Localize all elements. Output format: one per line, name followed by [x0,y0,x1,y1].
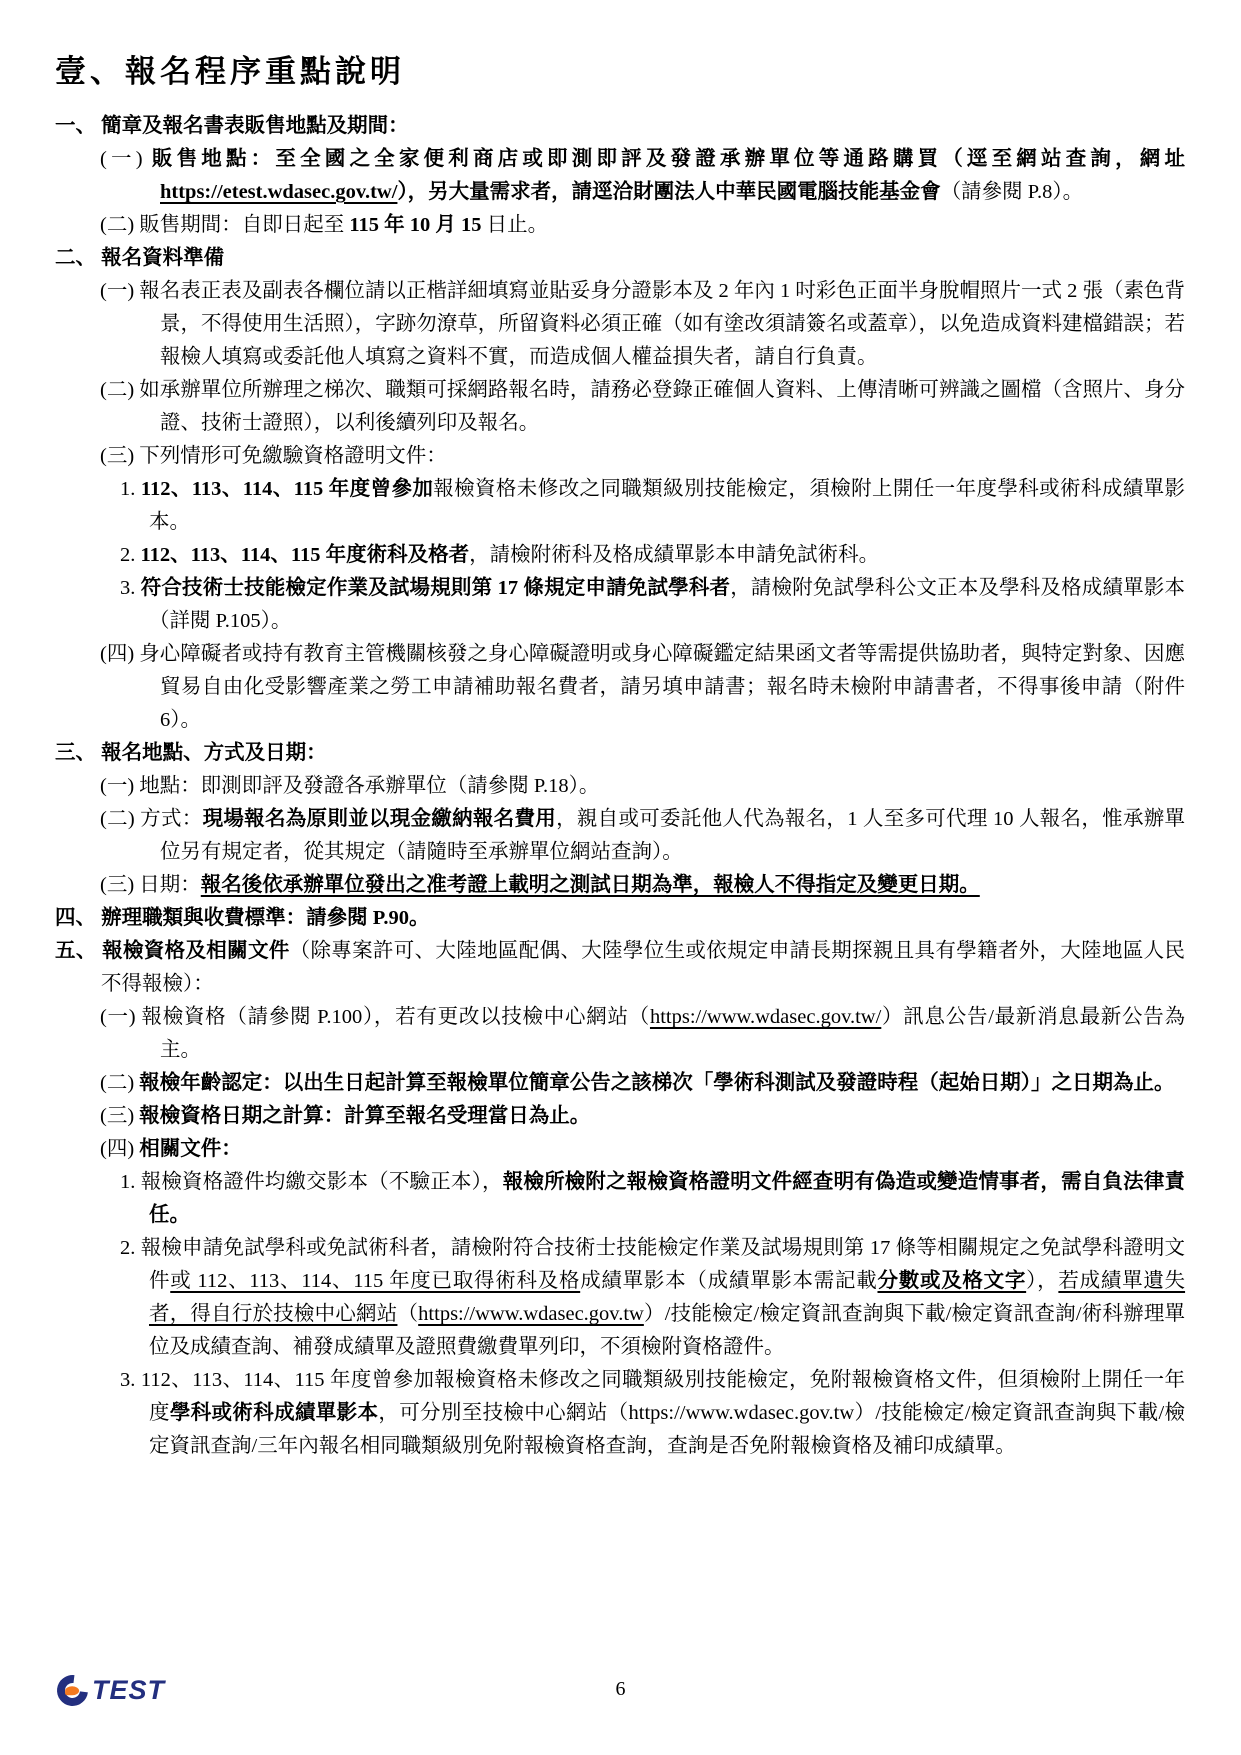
link-url[interactable]: https://www.wdasec.gov.tw [418,1303,644,1325]
text-segment: 成績單影本（成績單影本需記載 [580,1270,877,1292]
text-segment: 下列情形可免繳驗資格證明文件： [139,445,447,467]
item-label: (一) [100,280,139,302]
doc-paragraph: (二) 方式：現場報名為原則並以現金繳納報名費用，親自或可委託他人代為報名，1 … [100,803,1185,869]
item-label: 二、 [55,247,101,269]
text-segment: 如承辦單位所辦理之梯次、職類可採網路報名時，請務必登錄正確個人資料、上傳清晰可辨… [139,379,1185,434]
item-label: 一、 [55,115,101,137]
section-heading: 一、 簡章及報名書表販售地點及期間： [55,110,1185,143]
doc-paragraph: (一) 販售地點：至全國之全家便利商店或即測即評及發證承辦單位等通路購買（逕至網… [100,143,1185,209]
text-segment: ）， [1026,1270,1058,1292]
section-heading: 四、 辦理職類與收費標準：請參閱 P.90。 [55,902,1185,935]
item-label: (二) [100,214,139,236]
item-label: 3. [120,1369,141,1391]
item-label: 2. [120,544,141,566]
doc-paragraph: (二) 販售期間：自即日起至 115 年 10 月 15 日止。 [100,209,1185,242]
doc-paragraph: (一) 報名表正表及副表各欄位請以正楷詳細填寫並貼妥身分證影本及 2 年內 1 … [100,275,1185,374]
text-segment: 分數或及格文字 [877,1270,1026,1292]
link-url[interactable]: https://www.wdasec.gov.tw/ [650,1006,881,1028]
text-segment: 方式： [140,808,202,830]
text-segment: 身心障礙者或持有教育主管機關核發之身心障礙證明或身心障礙鑑定結果函文者等需提供協… [139,643,1185,731]
item-label: 1. [120,478,141,500]
text-segment: 學科或術科成績單影本 [170,1402,378,1424]
doc-paragraph: (四) 相關文件： [100,1133,1185,1166]
text-segment: 販售期間：自即日起至 [139,214,349,236]
item-label: (四) [100,643,139,665]
doc-paragraph: (四) 身心障礙者或持有教育主管機關核發之身心障礙證明或身心障礙鑑定結果函文者等… [100,638,1185,737]
item-label: 五、 [55,940,102,962]
page-number: 6 [0,1678,1241,1701]
item-label: 3. [120,577,141,599]
text-segment: 報檢資格（請參閱 P.100），若有更改以技檢中心網站（ [141,1006,649,1028]
text-segment: 報名後依承辦單位發出之准考證上載明之測試日期為準，報檢人不得指定及變更日期。 [201,874,980,896]
item-label: 四、 [55,907,101,929]
text-segment: 日止。 [487,214,549,236]
text-segment: 或 112、113、114、115 年度已取得術科及格 [170,1270,580,1292]
doc-paragraph: 1. 112、113、114、115 年度曾參加報檢資格未修改之同職類級別技能檢… [120,473,1185,539]
text-segment: 112、113、114、115 年度術科及格者 [141,544,470,566]
section-heading: 二、 報名資料準備 [55,242,1185,275]
doc-paragraph: 2. 報檢申請免試學科或免試術科者，請檢附符合技術士技能檢定作業及試場規則第 1… [120,1232,1185,1364]
item-label: (四) [100,1138,139,1160]
text-segment: 現場報名為原則並以現金繳納報名費用 [203,808,557,830]
doc-paragraph: (二) 報檢年齡認定：以出生日起計算至報檢單位簡章公告之該梯次「學術科測試及發證… [100,1067,1185,1100]
section-heading: 三、 報名地點、方式及日期： [55,737,1185,770]
text-segment: 日期： [139,874,201,896]
doc-paragraph: (三) 報檢資格日期之計算：計算至報名受理當日為止。 [100,1100,1185,1133]
page-title: 壹、報名程序重點說明 [55,50,1185,94]
document-body: 一、 簡章及報名書表販售地點及期間：(一) 販售地點：至全國之全家便利商店或即測… [55,110,1185,1463]
text-segment: 簡章及報名書表販售地點及期間： [101,115,409,137]
text-segment: 販售地點：至全國之全家便利商店或即測即評及發證承辦單位等通路購買（逕至網站查詢，… [152,148,1185,170]
item-label: 2. [120,1237,141,1259]
item-label: (三) [100,1105,139,1127]
text-segment: 報名地點、方式及日期： [101,742,327,764]
text-segment: （請參閱 P.8）。 [941,181,1083,203]
doc-paragraph: (二) 如承辦單位所辦理之梯次、職類可採網路報名時，請務必登錄正確個人資料、上傳… [100,374,1185,440]
doc-paragraph: (三) 日期：報名後依承辦單位發出之准考證上載明之測試日期為準，報檢人不得指定及… [100,869,1185,902]
text-segment: ），另大量需求者，請逕洽財團法人中華民國電腦技能基金會 [397,181,940,203]
text-segment: 相關文件： [139,1138,242,1160]
item-label: (三) [100,874,139,896]
doc-paragraph: (三) 下列情形可免繳驗資格證明文件： [100,440,1185,473]
text-segment: （ [397,1303,418,1325]
text-segment: 報名表正表及副表各欄位請以正楷詳細填寫並貼妥身分證影本及 2 年內 1 吋彩色正… [139,280,1185,368]
doc-paragraph: 1. 報檢資格證件均繳交影本（不驗正本），報檢所檢附之報檢資格證明文件經查明有偽… [120,1166,1185,1232]
doc-paragraph: 3. 112、113、114、115 年度曾參加報檢資格未修改之同職類級別技能檢… [120,1364,1185,1463]
item-label: 1. [120,1171,141,1193]
item-label: (三) [100,445,139,467]
link-url[interactable]: https://etest.wdasec.gov.tw/ [160,181,397,203]
item-label: (一) [100,775,139,797]
text-segment: 報檢年齡認定：以出生日起計算至報檢單位簡章公告之該梯次「學術科測試及發證時程（起… [139,1072,1174,1094]
text-segment: 報檢資格日期之計算：計算至報名受理當日為止。 [139,1105,590,1127]
item-label: (二) [100,1072,139,1094]
text-segment: ，請檢附術科及格成績單影本申請免試術科。 [469,544,879,566]
text-segment: 112、113、114、115 年度曾參加 [141,478,433,500]
item-label: (二) [100,808,140,830]
text-segment: 報檢資格證件均繳交影本（不驗正本）， [141,1171,503,1193]
doc-paragraph: 2. 112、113、114、115 年度術科及格者，請檢附術科及格成績單影本申… [120,539,1185,572]
text-segment: 辦理職類與收費標準：請參閱 P.90。 [101,907,429,929]
text-segment: 報名資料準備 [101,247,224,269]
doc-paragraph: (一) 地點：即測即評及發證各承辦單位（請參閱 P.18）。 [100,770,1185,803]
text-segment: 報檢資格及相關文件 [102,940,289,962]
doc-paragraph: 3. 符合技術士技能檢定作業及試場規則第 17 條規定申請免試學科者，請檢附免試… [120,572,1185,638]
item-label: 三、 [55,742,101,764]
item-label: (二) [100,379,139,401]
text-segment: 地點：即測即評及發證各承辦單位（請參閱 P.18）。 [139,775,599,797]
document-page: 壹、報名程序重點說明 一、 簡章及報名書表販售地點及期間：(一) 販售地點：至全… [0,0,1241,1463]
item-label: (一) [100,148,152,170]
text-segment: 115 年 10 月 15 [349,214,486,236]
item-label: (一) [100,1006,141,1028]
doc-paragraph: (一) 報檢資格（請參閱 P.100），若有更改以技檢中心網站（https://… [100,1001,1185,1067]
section-heading: 五、 報檢資格及相關文件（除專案許可、大陸地區配偶、大陸學位生或依規定申請長期探… [55,935,1185,1001]
text-segment: 符合技術士技能檢定作業及試場規則第 17 條規定申請免試學科者 [141,577,731,599]
